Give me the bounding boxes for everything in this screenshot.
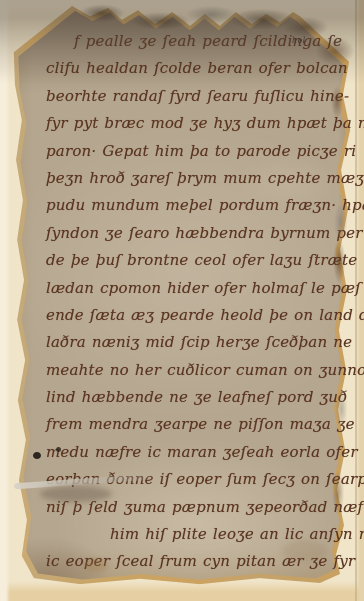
manuscript-line: clifu healdan ſcolde beran ofer bolcan [46,55,344,82]
manuscript-line: ende ſæta æʒ pearde heold þe on land den… [46,302,344,329]
manuscript-line: medu næfre ic maran ʒeſeah eorla ofer [46,439,344,466]
manuscript-photo: f pealle ʒe ſeah peard ſcildinga ſeclifu… [0,0,364,601]
manuscript-line: fyr pyt bræc mod ʒe hyʒ dum hpæt þa men [46,110,344,137]
manuscript-line: meahte no her cuðlicor cuman on ʒunnon [46,357,344,384]
ink-blot [33,452,41,459]
stain-bottom-right [282,540,328,562]
manuscript-line: pudu mundum meþel pordum fræʒn· hpæt [46,192,344,219]
manuscript-line: de þe þuſ brontne ceol ofer laʒu ſtræte [46,247,344,274]
stain-bottom-left [84,558,108,572]
marginal-gloss: hol [292,36,305,45]
damage-smudge [40,486,112,502]
manuscript-line: frem mendra ʒearpe ne piſſon maʒa ʒe [46,411,344,438]
manuscript-line: laðra næniʒ mid ſcip herʒe ſceðþan ne [46,329,344,356]
manuscript-line: beorhte randaſ fyrd ſearu fuſlicu hine- [46,83,344,110]
manuscript-line: paron· Gepat him þa to parode picʒe ri [46,138,344,165]
ink-blot-small [56,447,61,452]
manuscript-line: ſyndon ʒe ſearo hæbbendra byrnum per [46,220,344,247]
manuscript-line: þeʒn hroð ʒareſ þrym mum cpehte mæʒen [46,165,344,192]
manuscript-line: lind hæbbende ne ʒe leafneſ pord ʒuð [46,384,344,411]
manuscript-line: lædan cpomon hider ofer holmaſ le pæſ [46,275,344,302]
